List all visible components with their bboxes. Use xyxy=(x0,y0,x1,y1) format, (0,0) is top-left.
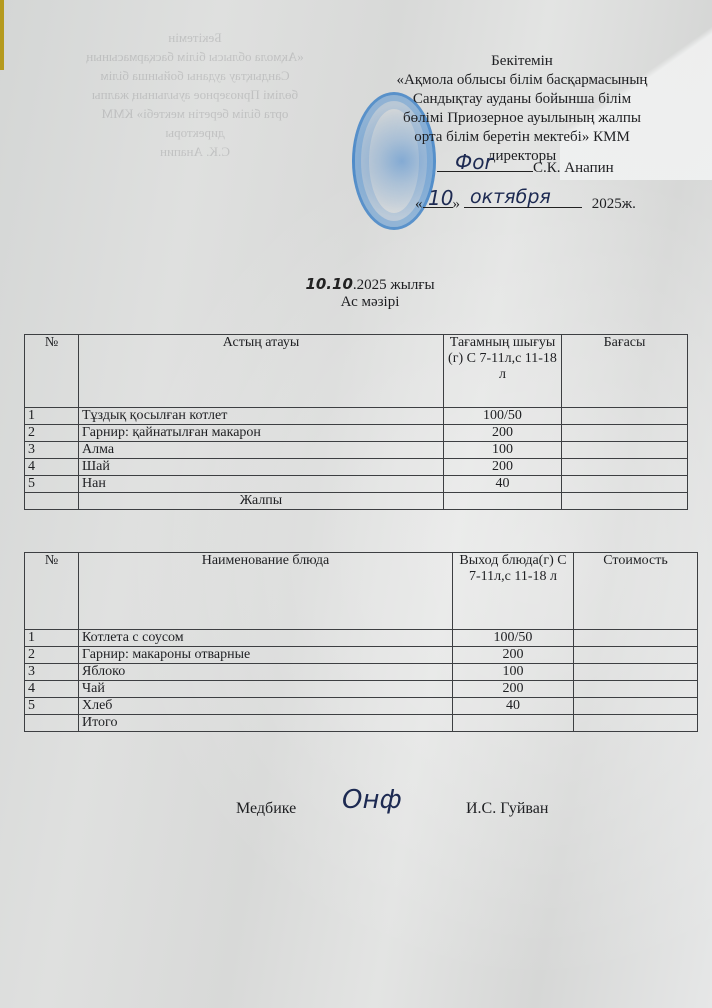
column-header-dish-name: Наименование блюда xyxy=(79,553,453,630)
dish-yield: 200 xyxy=(444,425,562,442)
row-number: 2 xyxy=(25,425,79,442)
menu-table-kazakh: № Астың атауы Тағамның шығуы (г) С 7-11л… xyxy=(24,334,688,510)
total-label: Жалпы xyxy=(79,493,444,510)
approval-line: Сандықтау ауданы бойынша білім xyxy=(362,90,682,109)
total-price-cell xyxy=(574,715,698,732)
dish-name: Алма xyxy=(79,442,444,459)
dish-price xyxy=(574,647,698,664)
table-row: 1Тұздық қосылған котлет100/50 xyxy=(25,408,688,425)
ghost-line: директоры xyxy=(60,123,330,142)
table-row: 2Гарнир: қайнатылған макарон200 xyxy=(25,425,688,442)
menu-subtitle: Ас мәзірі xyxy=(250,294,490,311)
column-header-number: № xyxy=(25,335,79,408)
date-month-handwritten: октября xyxy=(470,186,551,208)
director-signature: Фоr xyxy=(455,150,493,174)
director-name: С.К. Анапин xyxy=(533,160,614,176)
table-row: 5Хлеб40 xyxy=(25,698,698,715)
table-row: 1Котлета с соусом100/50 xyxy=(25,630,698,647)
dish-yield: 40 xyxy=(444,476,562,493)
ghost-line: орта білім беретін мектебі» КММ xyxy=(60,104,330,123)
ghost-line: бөлімі Приозерное ауылының жалпы xyxy=(60,85,330,104)
menu-date-title: 10.10.2025 жылғы xyxy=(250,275,490,294)
row-number: 3 xyxy=(25,442,79,459)
date-day-handwritten: 10 xyxy=(428,186,453,210)
dish-yield: 100 xyxy=(453,664,574,681)
nurse-role: Медбике xyxy=(236,800,296,818)
column-header-dish-name: Астың атауы xyxy=(79,335,444,408)
total-label: Итого xyxy=(79,715,453,732)
column-header-price: Бағасы xyxy=(562,335,688,408)
dish-name: Котлета с соусом xyxy=(79,630,453,647)
total-number-cell xyxy=(25,493,79,510)
row-number: 5 xyxy=(25,476,79,493)
dish-name: Шай xyxy=(79,459,444,476)
nurse-signature: Онф xyxy=(342,785,402,815)
menu-date-printed: .2025 жылғы xyxy=(353,277,435,293)
column-header-price: Стоимость xyxy=(574,553,698,630)
table-row: 4Чай200 xyxy=(25,681,698,698)
table-row: 2Гарнир: макароны отварные200 xyxy=(25,647,698,664)
total-yield-cell xyxy=(444,493,562,510)
dish-price xyxy=(562,459,688,476)
ghost-line: Сандықтау ауданы бойынша білім xyxy=(60,66,330,85)
dish-price xyxy=(574,664,698,681)
dish-price xyxy=(574,630,698,647)
approval-line: бөлімі Приозерное ауылының жалпы xyxy=(362,109,682,128)
column-header-yield: Выход блюда(г) С 7-11л,с 11-18 л xyxy=(453,553,574,630)
dish-yield: 100 xyxy=(444,442,562,459)
menu-date-handwritten: 10.10 xyxy=(305,275,352,293)
date-year: 2025ж. xyxy=(592,196,636,212)
dish-price xyxy=(562,442,688,459)
total-row: Итого xyxy=(25,715,698,732)
desk-edge xyxy=(0,0,4,70)
dish-yield: 200 xyxy=(453,647,574,664)
dish-price xyxy=(562,476,688,493)
dish-price xyxy=(574,681,698,698)
row-number: 1 xyxy=(25,408,79,425)
approval-block: Бекітемін «Ақмола облысы білім басқармас… xyxy=(362,52,682,166)
table-row: 4 Шай200 xyxy=(25,459,688,476)
dish-yield: 100/50 xyxy=(444,408,562,425)
dish-price xyxy=(574,698,698,715)
dish-yield: 100/50 xyxy=(453,630,574,647)
total-row: Жалпы xyxy=(25,493,688,510)
dish-yield: 200 xyxy=(453,681,574,698)
approval-line: орта білім беретін мектебі» КММ xyxy=(362,128,682,147)
dish-yield: 40 xyxy=(453,698,574,715)
dish-name: Гарнир: макароны отварные xyxy=(79,647,453,664)
dish-name: Яблоко xyxy=(79,664,453,681)
table-row: 3Яблоко100 xyxy=(25,664,698,681)
dish-name: Хлеб xyxy=(79,698,453,715)
row-number: 4 xyxy=(25,681,79,698)
approval-heading: Бекітемін xyxy=(362,52,682,71)
dish-name: Чай xyxy=(79,681,453,698)
ghost-line: С.К. Анапин xyxy=(60,142,330,161)
ghost-line: «Ақмола облысы білім басқармасының xyxy=(60,47,330,66)
total-yield-cell xyxy=(453,715,574,732)
row-number: 3 xyxy=(25,664,79,681)
column-header-yield: Тағамның шығуы (г) С 7-11л,с 11-18 л xyxy=(444,335,562,408)
dish-yield: 200 xyxy=(444,459,562,476)
dish-price xyxy=(562,408,688,425)
total-price-cell xyxy=(562,493,688,510)
row-number: 4 xyxy=(25,459,79,476)
dish-name: Гарнир: қайнатылған макарон xyxy=(79,425,444,442)
table-row: 3 Алма100 xyxy=(25,442,688,459)
column-header-number: № xyxy=(25,553,79,630)
dish-price xyxy=(562,425,688,442)
table-body: 1Тұздық қосылған котлет100/502Гарнир: қа… xyxy=(25,408,688,510)
bleed-through-text: Бекітемін «Ақмола облысы білім басқармас… xyxy=(60,28,330,161)
menu-table-russian: № Наименование блюда Выход блюда(г) С 7-… xyxy=(24,552,698,732)
total-number-cell xyxy=(25,715,79,732)
row-number: 2 xyxy=(25,647,79,664)
row-number: 5 xyxy=(25,698,79,715)
dish-name: Тұздық қосылған котлет xyxy=(79,408,444,425)
table-row: 5 Нан40 xyxy=(25,476,688,493)
ghost-line: Бекітемін xyxy=(60,28,330,47)
table-body: 1Котлета с соусом100/502Гарнир: макароны… xyxy=(25,630,698,732)
dish-name: Нан xyxy=(79,476,444,493)
approval-line: «Ақмола облысы білім басқармасының xyxy=(362,71,682,90)
row-number: 1 xyxy=(25,630,79,647)
nurse-name: И.С. Гуйван xyxy=(466,800,548,818)
